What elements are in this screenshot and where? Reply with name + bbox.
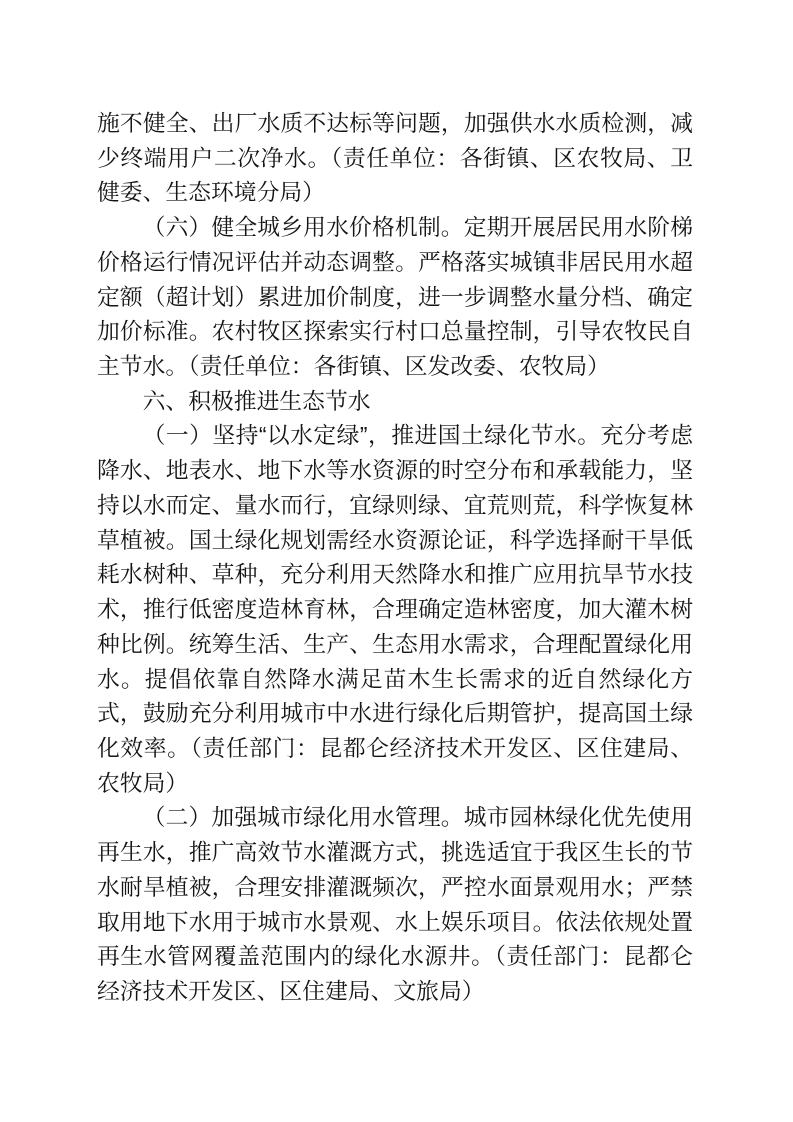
paragraph-item-six: （六）健全城乡用水价格机制。定期开展居民用水阶梯价格运行情况评估并动态调整。严格… — [97, 210, 693, 384]
document-page: 施不健全、出厂水质不达标等问题，加强供水水质检测，减少终端用户二次净水。（责任单… — [0, 0, 793, 1122]
document-body: 施不健全、出厂水质不达标等问题，加强供水水质检测，减少终端用户二次净水。（责任单… — [97, 106, 693, 1009]
section-heading: 六、积极推进生态节水 — [97, 384, 693, 419]
paragraph-item-one: （一）坚持“以水定绿”，推进国土绿化节水。充分考虑降水、地表水、地下水等水资源的… — [97, 418, 693, 800]
paragraph-item-two: （二）加强城市绿化用水管理。城市园林绿化优先使用再生水，推广高效节水灌溉方式，挑… — [97, 800, 693, 1008]
paragraph-continuation: 施不健全、出厂水质不达标等问题，加强供水水质检测，减少终端用户二次净水。（责任单… — [97, 106, 693, 210]
